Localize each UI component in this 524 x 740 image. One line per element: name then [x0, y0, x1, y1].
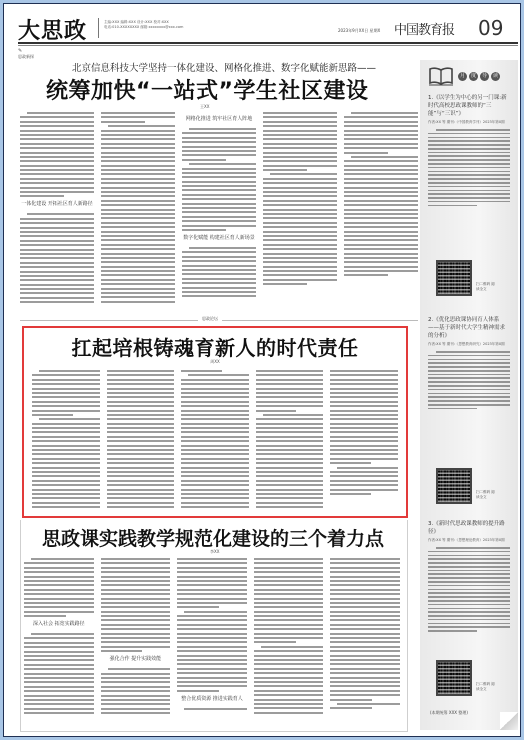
- article2-highlight-box[interactable]: 扛起培根铸魂育新人的时代责任 周XX: [22, 326, 408, 518]
- article3-title[interactable]: 思政课实践教学规范化建设的三个着力点: [42, 524, 384, 551]
- article3-column: [330, 558, 400, 728]
- sidebar-item-summary: [428, 129, 510, 206]
- sidebar-item-meta: 作者:XX 等 期刊:《中国教育学刊》2023年第X期: [428, 120, 510, 125]
- article1-body: 一体化建设 开拓社区育人新路径 网格化推进 筑牢社区育人阵地 数字化赋能 构建社…: [20, 112, 418, 310]
- editor-info-line: 电话:010-XXXXXXXX 邮箱:xxxxxxxx@xxx.com: [104, 25, 194, 30]
- article3-subhead: 深入社会 拓宽实践路径: [24, 621, 94, 628]
- article2-byline: 周XX: [24, 359, 406, 365]
- article3-subhead: 整合优质资源 推进实践育人: [177, 696, 247, 703]
- sidebar-item[interactable]: 2.《优化思政课协同育人体系——基于新时代大学生精神需求的分析》 作者:XX 等…: [428, 316, 510, 412]
- qr-label: 扫二维码 阅读全文: [476, 682, 496, 692]
- qr-label: 扫二维码 阅读全文: [476, 490, 496, 500]
- article2-column: [330, 370, 398, 512]
- article3-subhead: 强化合作 提升实践效能: [101, 656, 171, 663]
- article3-byline: 李XX: [210, 549, 219, 555]
- article1-column: [101, 112, 175, 310]
- open-book-icon: [428, 66, 454, 86]
- masthead-rule-thin: [18, 45, 518, 46]
- article1-title[interactable]: 统筹加快“一站式”学生社区建设: [46, 74, 368, 105]
- sidebar-header: 月 度 导 读: [426, 66, 512, 88]
- divider-tag: 思政论坛: [198, 316, 222, 322]
- article2-column: [256, 370, 324, 512]
- article1-byline: 王XX: [200, 104, 209, 110]
- sidebar-item-summary: [428, 547, 510, 632]
- qr-code[interactable]: [436, 468, 472, 504]
- page-number: 09: [478, 16, 503, 40]
- sidebar-item-title[interactable]: 2.《优化思政课协同育人体系——基于新时代大学生精神需求的分析》: [428, 316, 510, 340]
- monthly-reading-sidebar: 月 度 导 读 1.《以学生为中心的另一门课:新时代高校思政课教师的“三能”与“…: [420, 60, 518, 730]
- article3-column: [254, 558, 324, 728]
- qr-code[interactable]: [436, 660, 472, 696]
- article2-title[interactable]: 扛起培根铸魂育新人的时代责任: [24, 332, 406, 361]
- article1-column: 网格化推进 筑牢社区育人阵地 数字化赋能 构建社区育人新场景: [182, 112, 256, 310]
- article1-subhead: 数字化赋能 构建社区育人新场景: [182, 235, 256, 242]
- section-title: 大思政: [18, 14, 87, 45]
- sidebar-item-meta: 作者:XX 等 期刊:《思想教育研究》2023年第X期: [428, 342, 510, 347]
- qr-label: 扫二维码 阅读全文: [476, 282, 496, 292]
- newspaper-page: 大思政 主编:XXX 编辑:XXX 设计:XXX 校对:XXX 电话:010-X…: [10, 8, 518, 734]
- document-viewer: 大思政 主编:XXX 编辑:XXX 设计:XXX 校对:XXX 电话:010-X…: [3, 3, 521, 737]
- article3-column: 强化合作 提升实践效能: [101, 558, 171, 728]
- page-curl-decoration: [500, 712, 518, 730]
- sidebar-badge: 月: [458, 72, 467, 81]
- sidebar-item-title[interactable]: 1.《以学生为中心的另一门课:新时代高校思政课教师的“三能”与“三识”》: [428, 94, 510, 118]
- article2-column: [32, 370, 100, 512]
- sidebar-badge: 读: [491, 72, 500, 81]
- qr-code[interactable]: [436, 260, 472, 296]
- article1-column: 一体化建设 开拓社区育人新路径: [20, 112, 94, 310]
- article1-subhead: 网格化推进 筑牢社区育人阵地: [182, 116, 256, 123]
- newspaper-brand: 中国教育报: [394, 19, 454, 38]
- article3-column: 深入社会 拓宽实践路径: [24, 558, 94, 728]
- section-tag: ✎ 思政新探: [18, 48, 34, 60]
- sidebar-badge: 导: [480, 72, 489, 81]
- article2-body: [32, 370, 398, 512]
- article3-column: 整合优质资源 推进实践育人: [177, 558, 247, 728]
- article1-column: [344, 112, 418, 310]
- sidebar-badge: 度: [469, 72, 478, 81]
- sidebar-item[interactable]: 1.《以学生为中心的另一门课:新时代高校思政课教师的“三能”与“三识”》 作者:…: [428, 94, 510, 208]
- sidebar-badges: 月 度 导 读: [458, 72, 500, 81]
- article1-kicker: 北京信息科技大学坚持一体化建设、网格化推进、数字化赋能新思路——: [72, 60, 376, 74]
- article1-subhead: 一体化建设 开拓社区育人新路径: [20, 201, 94, 208]
- masthead-separator: [98, 18, 99, 38]
- article2-column: [107, 370, 175, 512]
- sidebar-item-title[interactable]: 3.《新时代思政课教师的提升路径》: [428, 520, 510, 536]
- date-line: 2023年9月XX日 星期X: [338, 28, 380, 34]
- editor-info: 主编:XXX 编辑:XXX 设计:XXX 校对:XXX 电话:010-XXXXX…: [104, 20, 194, 30]
- masthead: 大思政 主编:XXX 编辑:XXX 设计:XXX 校对:XXX 电话:010-X…: [14, 12, 514, 44]
- article1-column: [263, 112, 337, 310]
- article2-column: [181, 370, 249, 512]
- masthead-rule: [18, 42, 518, 44]
- sidebar-item-meta: 作者:XX 等 期刊:《思想理论教育》2023年第X期: [428, 538, 510, 543]
- article3-body: 深入社会 拓宽实践路径 强化合作 提升实践效能 整合优质资源 推进实践育人: [24, 558, 400, 728]
- sidebar-item-summary: [428, 351, 510, 409]
- sidebar-item[interactable]: 3.《新时代思政课教师的提升路径》 作者:XX 等 期刊:《思想理论教育》202…: [428, 520, 510, 634]
- sidebar-footer: (本期统筹 XXX 整理): [430, 710, 468, 716]
